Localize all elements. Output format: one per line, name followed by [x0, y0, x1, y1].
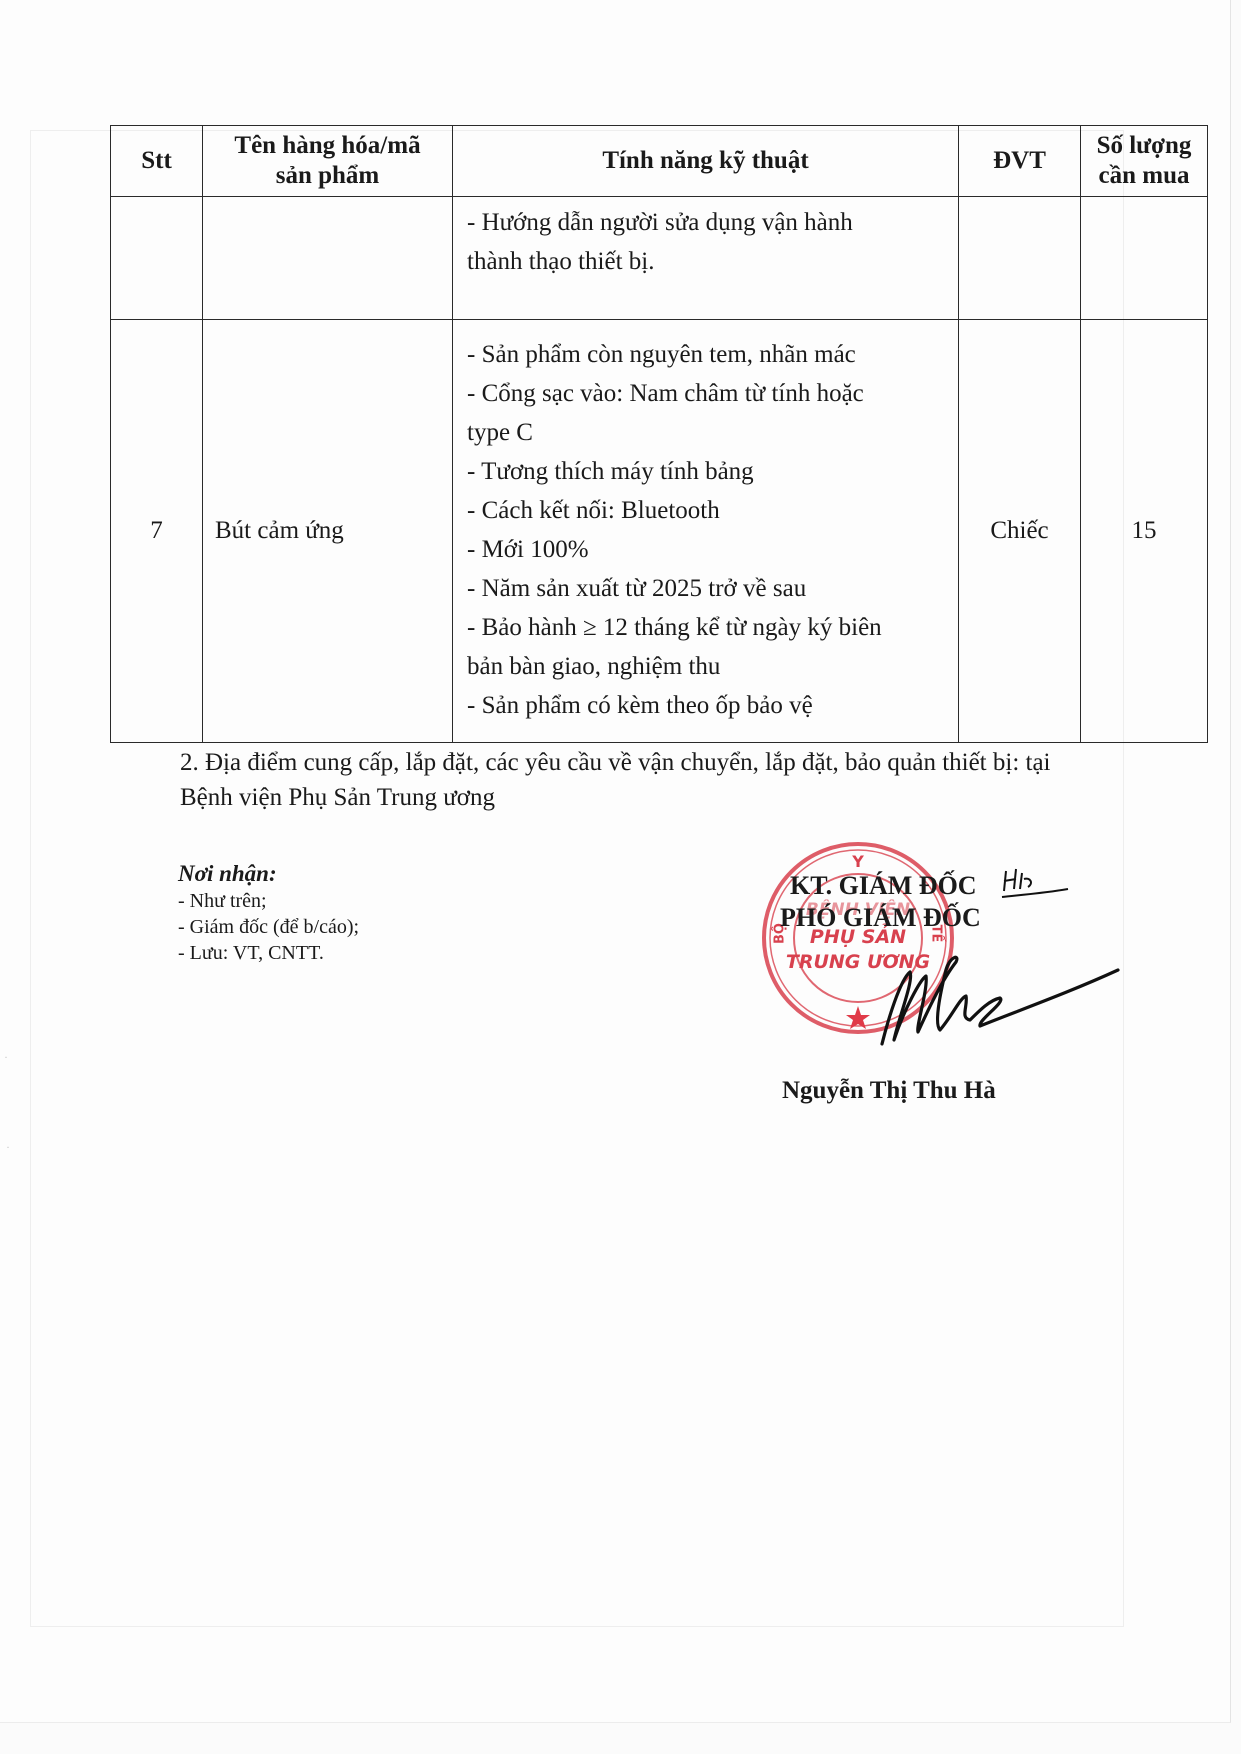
- spec-line: - Hướng dẫn người sửa dụng vận hành: [467, 203, 948, 242]
- spec-line: - Sản phẩm có kèm theo ốp bảo vệ: [467, 686, 948, 725]
- row-spec-list: - Hướng dẫn người sửa dụng vận hành thàn…: [453, 197, 959, 320]
- row-product-name: [203, 197, 453, 320]
- spec-line: - Bảo hành ≥ 12 tháng kể từ ngày ký biên: [467, 608, 948, 647]
- table-header-row: Stt Tên hàng hóa/mã sản phẩm Tính năng k…: [111, 126, 1208, 197]
- recipient-item: - Lưu: VT, CNTT.: [178, 940, 359, 966]
- signer-title-block: KT. GIÁM ĐỐC PHÓ GIÁM ĐỐC: [790, 870, 981, 934]
- row-product-name: Bút cảm ứng: [203, 320, 453, 743]
- section2-line1: 2. Địa điểm cung cấp, lắp đặt, các yêu c…: [180, 745, 1140, 780]
- header-product-name: Tên hàng hóa/mã sản phẩm: [203, 126, 453, 197]
- row-stt: [111, 197, 203, 320]
- table-row: 7 Bút cảm ứng - Sản phẩm còn nguyên tem,…: [111, 320, 1208, 743]
- scan-artifact: ·: [6, 1140, 10, 1155]
- spec-line: bản bàn giao, nghiệm thu: [467, 647, 948, 686]
- section2-line2: Bệnh viện Phụ Sản Trung ương: [180, 780, 1140, 815]
- handwritten-signature-icon: [860, 940, 1120, 1050]
- table-row: - Hướng dẫn người sửa dụng vận hành thàn…: [111, 197, 1208, 320]
- header-technical-specs: Tính năng kỹ thuật: [453, 126, 959, 197]
- row-unit: [959, 197, 1081, 320]
- delivery-location-section: 2. Địa điểm cung cấp, lắp đặt, các yêu c…: [180, 745, 1140, 815]
- recipient-item: - Giám đốc (để b/cáo);: [178, 914, 359, 940]
- spec-line: - Mới 100%: [467, 530, 948, 569]
- spec-line: - Năm sản xuất từ 2025 trở về sau: [467, 569, 948, 608]
- scan-artifact: ·: [4, 1050, 8, 1065]
- spec-line: type C: [467, 413, 948, 452]
- recipient-item: - Như trên;: [178, 888, 359, 914]
- row-quantity: [1081, 197, 1208, 320]
- spec-line: - Cách kết nối: Bluetooth: [467, 491, 948, 530]
- spec-line: thành thạo thiết bị.: [467, 242, 948, 281]
- header-unit: ĐVT: [959, 126, 1081, 197]
- signer-line2: PHÓ GIÁM ĐỐC: [780, 902, 981, 934]
- spec-line: - Cổng sạc vào: Nam châm từ tính hoặc: [467, 374, 948, 413]
- equipment-spec-table: Stt Tên hàng hóa/mã sản phẩm Tính năng k…: [110, 125, 1208, 743]
- row-quantity: 15: [1081, 320, 1208, 743]
- spec-line: - Tương thích máy tính bảng: [467, 452, 948, 491]
- row-stt: 7: [111, 320, 203, 743]
- signer-name: Nguyễn Thị Thu Hà: [782, 1077, 996, 1105]
- header-stt: Stt: [111, 126, 203, 197]
- signer-line1: KT. GIÁM ĐỐC: [790, 870, 981, 902]
- spec-line: - Sản phẩm còn nguyên tem, nhãn mác: [467, 335, 948, 374]
- header-quantity: Số lượng cần mua: [1081, 126, 1208, 197]
- recipients-block: Nơi nhận: - Như trên; - Giám đốc (để b/c…: [178, 860, 359, 966]
- row-spec-list: - Sản phẩm còn nguyên tem, nhãn mác - Cổ…: [453, 320, 959, 743]
- recipients-title: Nơi nhận:: [178, 860, 359, 888]
- initials-mark-icon: [1000, 865, 1070, 905]
- row-unit: Chiếc: [959, 320, 1081, 743]
